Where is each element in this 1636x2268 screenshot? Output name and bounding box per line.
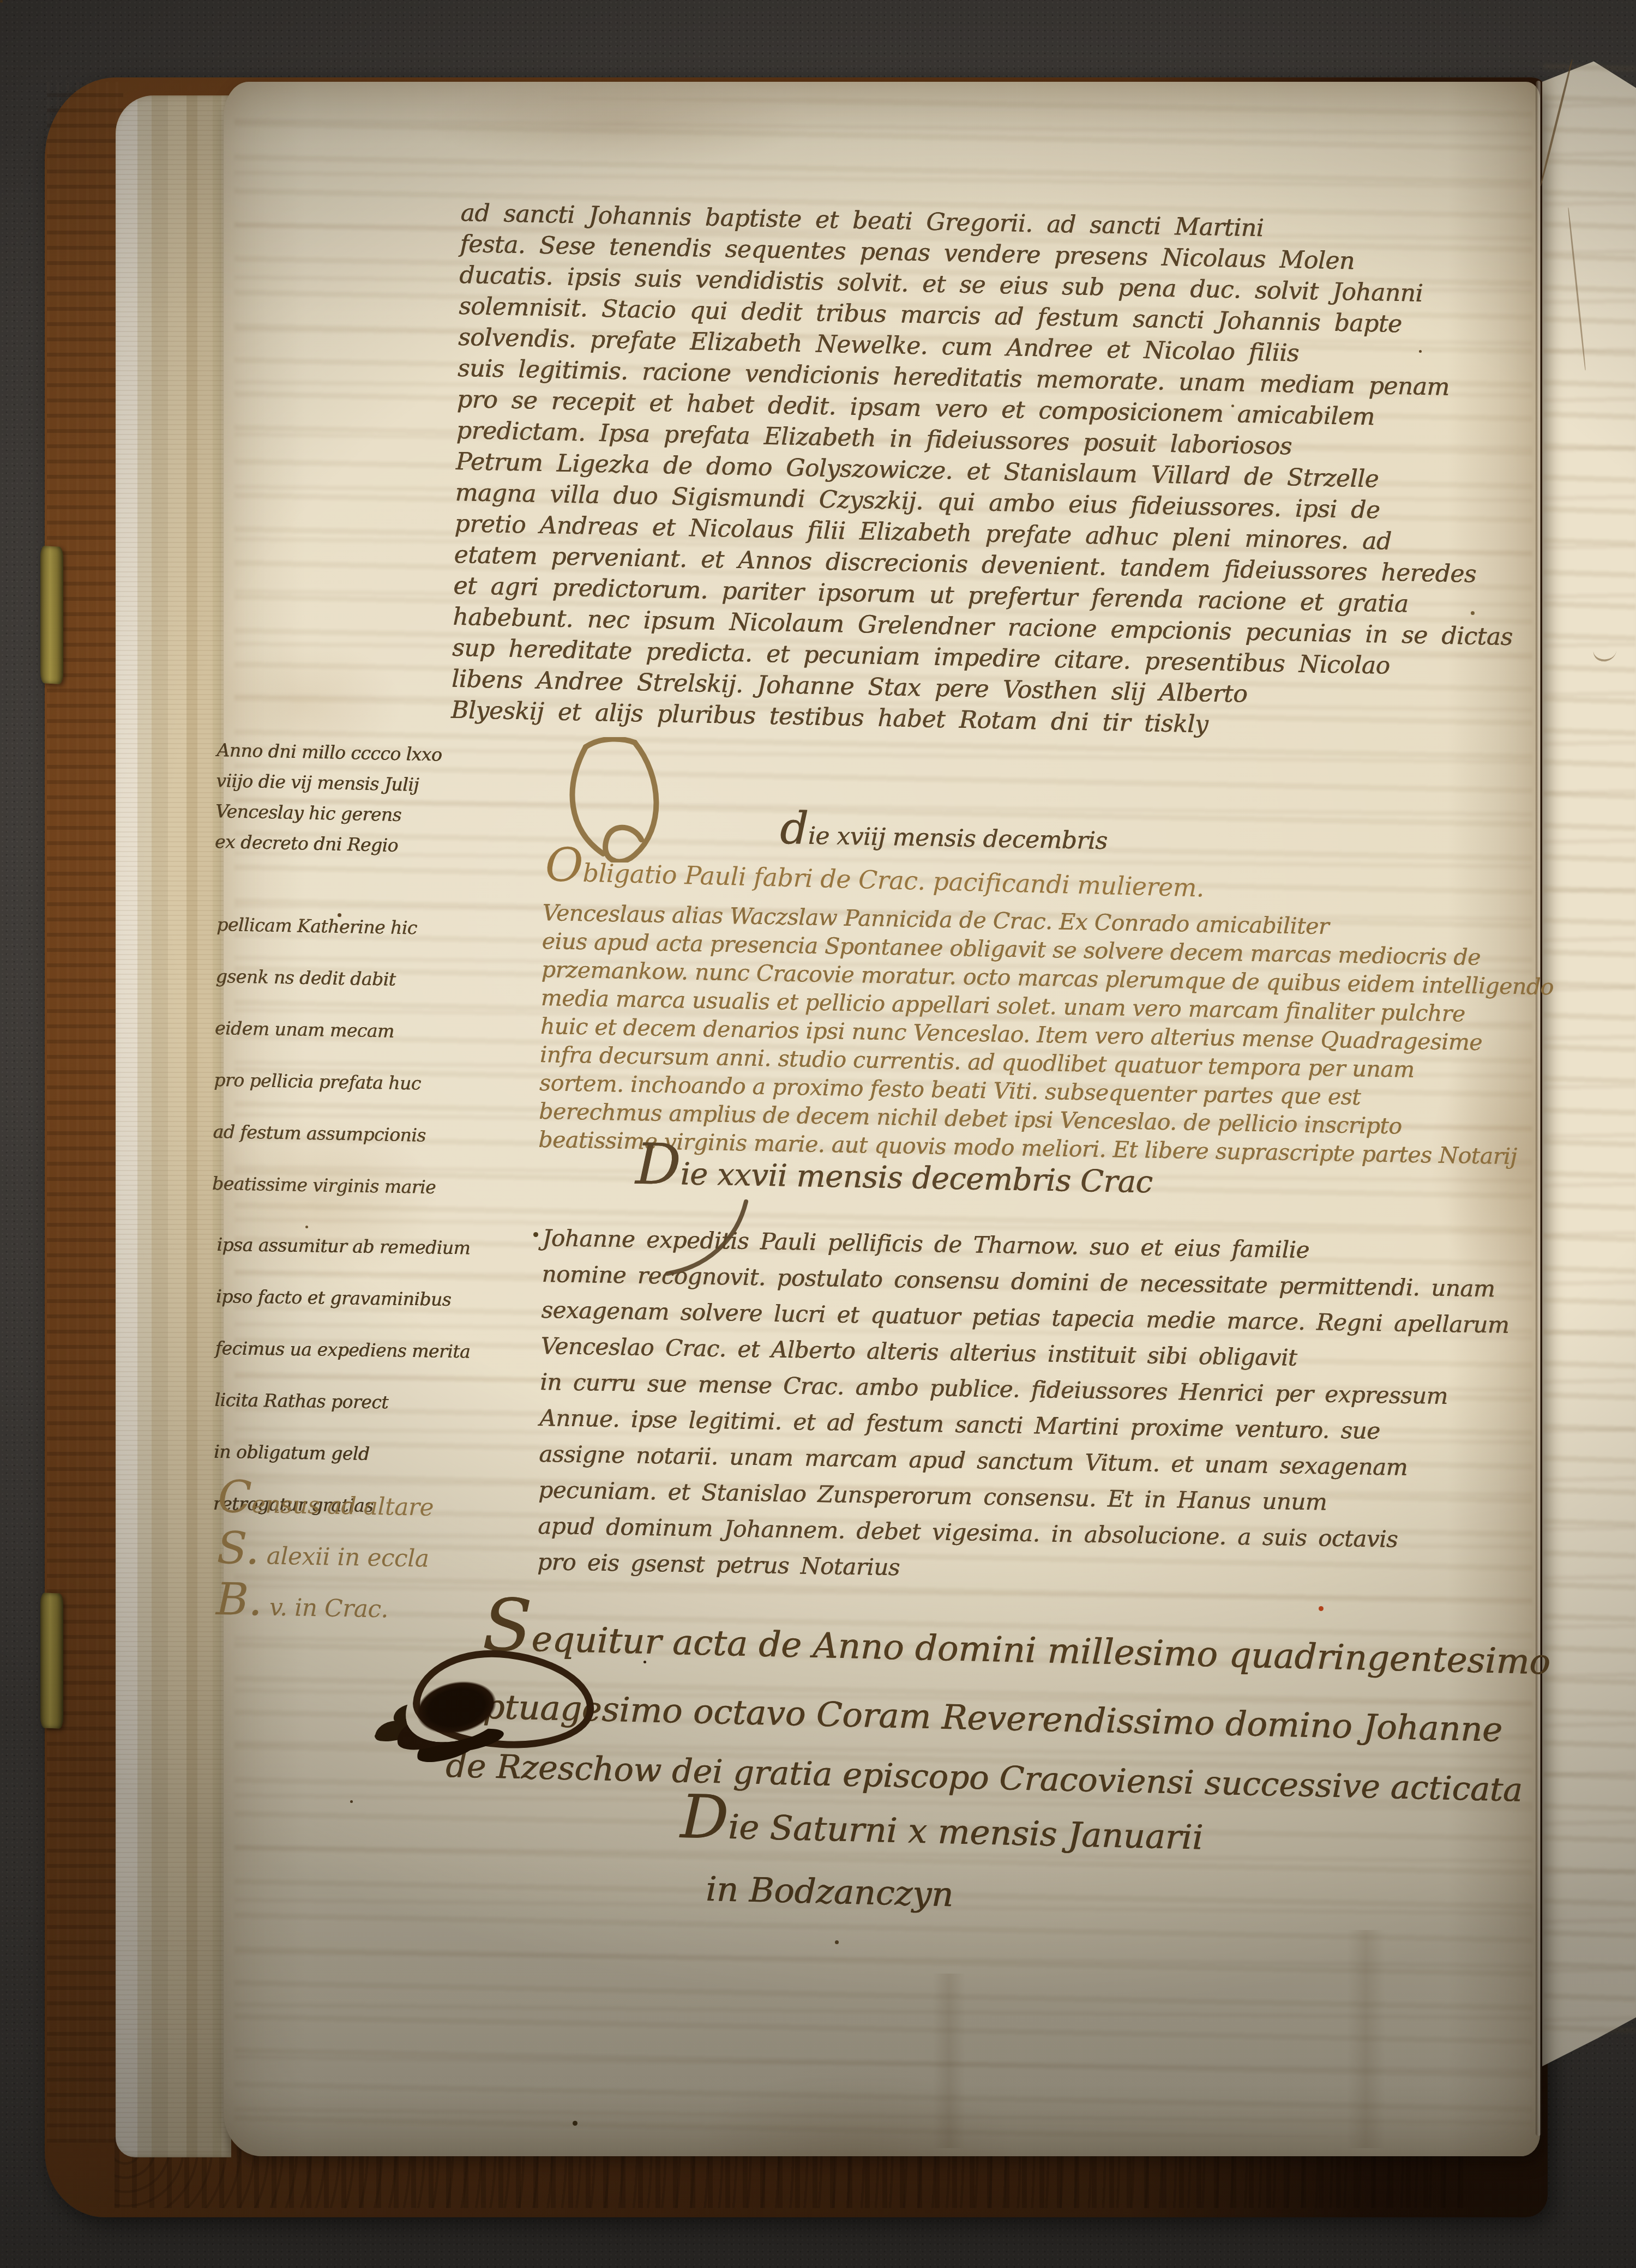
book-clasp-lower — [40, 1593, 63, 1728]
manuscript-text-line: ad festum assumpcionis — [213, 1106, 437, 1161]
book-clasp-upper — [40, 546, 63, 684]
manuscript-text-line: B. v. in Crac. — [215, 1581, 432, 1636]
manuscript-text-line: Venceslay hic gerens — [215, 796, 441, 831]
manuscript-text-line: ipso facto et gravaminibus — [215, 1270, 471, 1326]
entry-1-text: ad sancti Johannis baptiste et beati Gre… — [450, 197, 1520, 746]
manuscript-text-line: fecimus ua expediens merita — [215, 1322, 471, 1378]
manuscript-photo: ad sancti Johannis baptiste et beati Gre… — [0, 0, 1636, 2268]
manuscript-text-line: licita Rathas porect — [214, 1374, 470, 1429]
manuscript-text-line: viijo die vij mensis Julij — [216, 765, 442, 801]
margin-note-dating: Anno dni millo cccco lxxoviijo die vij m… — [214, 735, 442, 862]
page-wrinkle — [933, 1974, 965, 2148]
margin-note-pellicia: pellicam Katherine hicgsenk ns dedit dab… — [212, 898, 441, 1213]
manuscript-text-line: Anno dni millo cccco lxxo — [216, 735, 442, 770]
page-wrinkle — [1347, 1930, 1385, 2148]
manuscript-text-line: ex decreto dni Regio — [214, 827, 440, 862]
manuscript-text-line: gsenk ns dedit dabit — [215, 950, 440, 1006]
red-ink-fleck — [1319, 1606, 1324, 1611]
facing-page-edge — [1542, 49, 1636, 2091]
entry-2-text: Venceslaus alias Waczslaw Pannicida de C… — [538, 898, 1555, 1171]
margin-note-census: Census ad altareS. alexii in ecclaB. v. … — [215, 1479, 434, 1636]
entry-2-date: die xviij mensis decembris — [780, 822, 1108, 855]
entry-3-text: Johanne expeditis Pauli pellificis de Th… — [537, 1220, 1511, 1595]
manuscript-text-line: pellicam Katherine hic — [216, 898, 441, 954]
ink-specks — [0, 0, 3, 3]
manuscript-text-line: pro pellicia prefata huc — [213, 1054, 438, 1109]
leather-tooling-left — [47, 82, 123, 2143]
manuscript-text-line: eidem unam mecam — [214, 1002, 439, 1058]
manuscript-text-line: beatissime virginis marie — [212, 1157, 436, 1213]
closing-date-line: in Bodzanczyn — [705, 1869, 953, 1914]
manuscript-text-line: ipsa assumitur ab remedium — [216, 1219, 472, 1274]
